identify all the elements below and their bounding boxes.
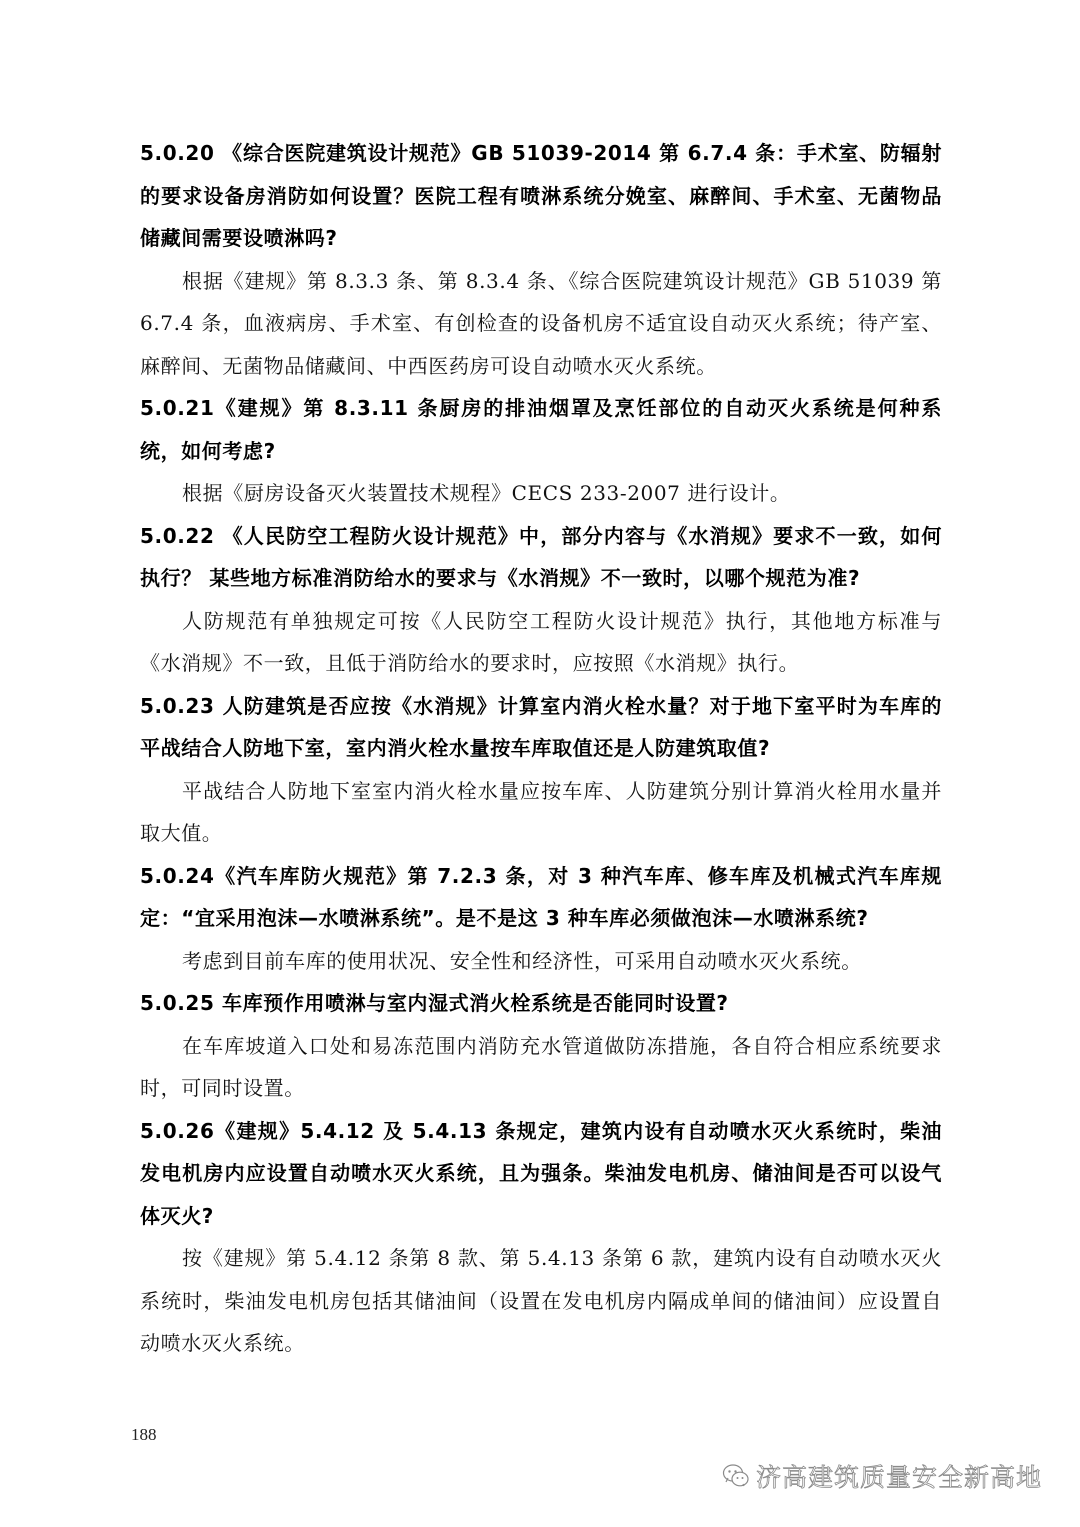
- answer-paragraph: 根据《建规》第 8.3.3 条、第 8.3.4 条、《综合医院建筑设计规范》GB…: [140, 260, 942, 388]
- answer-paragraph: 按《建规》第 5.4.12 条第 8 款、第 5.4.13 条第 6 款，建筑内…: [140, 1237, 942, 1365]
- section-5-0-20: 5.0.20 《综合医院建筑设计规范》GB 51039-2014 第 6.7.4…: [140, 132, 942, 387]
- section-5-0-24: 5.0.24《汽车库防火规范》第 7.2.3 条，对 3 种汽车库、修车库及机械…: [140, 855, 942, 983]
- section-5-0-26: 5.0.26《建规》5.4.12 及 5.4.13 条规定，建筑内设有自动喷水灭…: [140, 1110, 942, 1365]
- answer-paragraph: 平战结合人防地下室室内消火栓水量应按车库、人防建筑分别计算消火栓用水量并取大值。: [140, 770, 942, 855]
- document-body: 5.0.20 《综合医院建筑设计规范》GB 51039-2014 第 6.7.4…: [140, 132, 942, 1365]
- wechat-icon: [722, 1463, 750, 1489]
- question-heading: 5.0.20 《综合医院建筑设计规范》GB 51039-2014 第 6.7.4…: [140, 132, 942, 260]
- section-5-0-23: 5.0.23 人防建筑是否应按《水消规》计算室内消火栓水量？对于地下室平时为车库…: [140, 685, 942, 855]
- question-heading: 5.0.26《建规》5.4.12 及 5.4.13 条规定，建筑内设有自动喷水灭…: [140, 1110, 942, 1238]
- answer-paragraph: 在车库坡道入口处和易冻范围内消防充水管道做防冻措施，各自符合相应系统要求时，可同…: [140, 1025, 942, 1110]
- answer-paragraph: 人防规范有单独规定可按《人民防空工程防火设计规范》执行，其他地方标准与《水消规》…: [140, 600, 942, 685]
- question-heading: 5.0.23 人防建筑是否应按《水消规》计算室内消火栓水量？对于地下室平时为车库…: [140, 685, 942, 770]
- answer-paragraph: 考虑到目前车库的使用状况、安全性和经济性，可采用自动喷水灭火系统。: [140, 940, 942, 983]
- question-heading: 5.0.22 《人民防空工程防火设计规范》中，部分内容与《水消规》要求不一致，如…: [140, 515, 942, 600]
- question-heading: 5.0.21《建规》第 8.3.11 条厨房的排油烟罩及烹饪部位的自动灭火系统是…: [140, 387, 942, 472]
- section-5-0-22: 5.0.22 《人民防空工程防火设计规范》中，部分内容与《水消规》要求不一致，如…: [140, 515, 942, 685]
- watermark-text: 济高建筑质量安全新高地: [756, 1458, 1042, 1494]
- section-5-0-21: 5.0.21《建规》第 8.3.11 条厨房的排油烟罩及烹饪部位的自动灭火系统是…: [140, 387, 942, 515]
- question-heading: 5.0.25 车库预作用喷淋与室内湿式消火栓系统是否能同时设置?: [140, 982, 942, 1025]
- watermark: 济高建筑质量安全新高地: [722, 1458, 1042, 1494]
- section-5-0-25: 5.0.25 车库预作用喷淋与室内湿式消火栓系统是否能同时设置? 在车库坡道入口…: [140, 982, 942, 1110]
- question-heading: 5.0.24《汽车库防火规范》第 7.2.3 条，对 3 种汽车库、修车库及机械…: [140, 855, 942, 940]
- answer-paragraph: 根据《厨房设备灭火装置技术规程》CECS 233-2007 进行设计。: [140, 472, 942, 515]
- page-number: 188: [131, 1425, 157, 1445]
